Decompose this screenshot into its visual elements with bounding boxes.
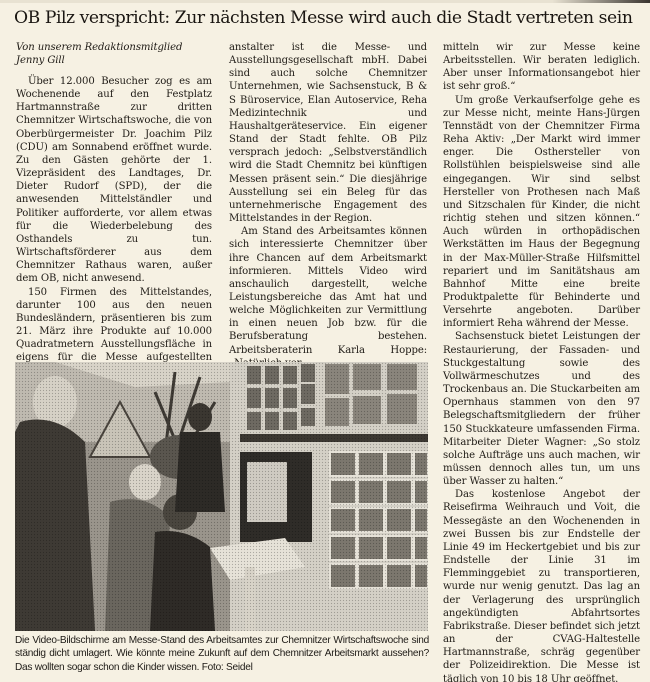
photo-caption: Die Video-Bildschirme am Messe-Stand des…: [15, 634, 429, 674]
article-column-2: anstalter ist die Messe- und Ausstellung…: [229, 41, 427, 370]
article-paragraph: Über 12.000 Besucher zog es am Wochenend…: [16, 75, 212, 286]
article-headline: OB Pilz verspricht: Zur nächsten Messe w…: [14, 7, 644, 29]
article-paragraph: anstalter ist die Messe- und Ausstellung…: [229, 41, 427, 225]
byline-spacer: [16, 67, 212, 75]
article-paragraph: Das kostenlose Angebot der Reisefirma We…: [443, 488, 640, 682]
article-paragraph: Sachsenstuck bietet Leistungen der Resta…: [443, 330, 640, 488]
article-column-1: Von unserem Redaktionsmitglied Jenny Gil…: [16, 41, 212, 378]
article-paragraph: Am Stand des Arbeitsamtes können sich in…: [229, 225, 427, 370]
article-photo: [15, 362, 428, 631]
photo-illustration: [15, 362, 428, 631]
article-paragraph: mitteln wir zur Messe keine Arbeitsstell…: [443, 41, 640, 94]
byline-role: Von unserem Redaktionsmitglied: [16, 41, 212, 54]
page-top-edge: [0, 0, 650, 3]
article-column-3: mitteln wir zur Messe keine Arbeitsstell…: [443, 41, 640, 682]
byline-author: Jenny Gill: [16, 54, 212, 67]
article-paragraph: Um große Verkaufserfolge gehe es zur Mes…: [443, 94, 640, 331]
